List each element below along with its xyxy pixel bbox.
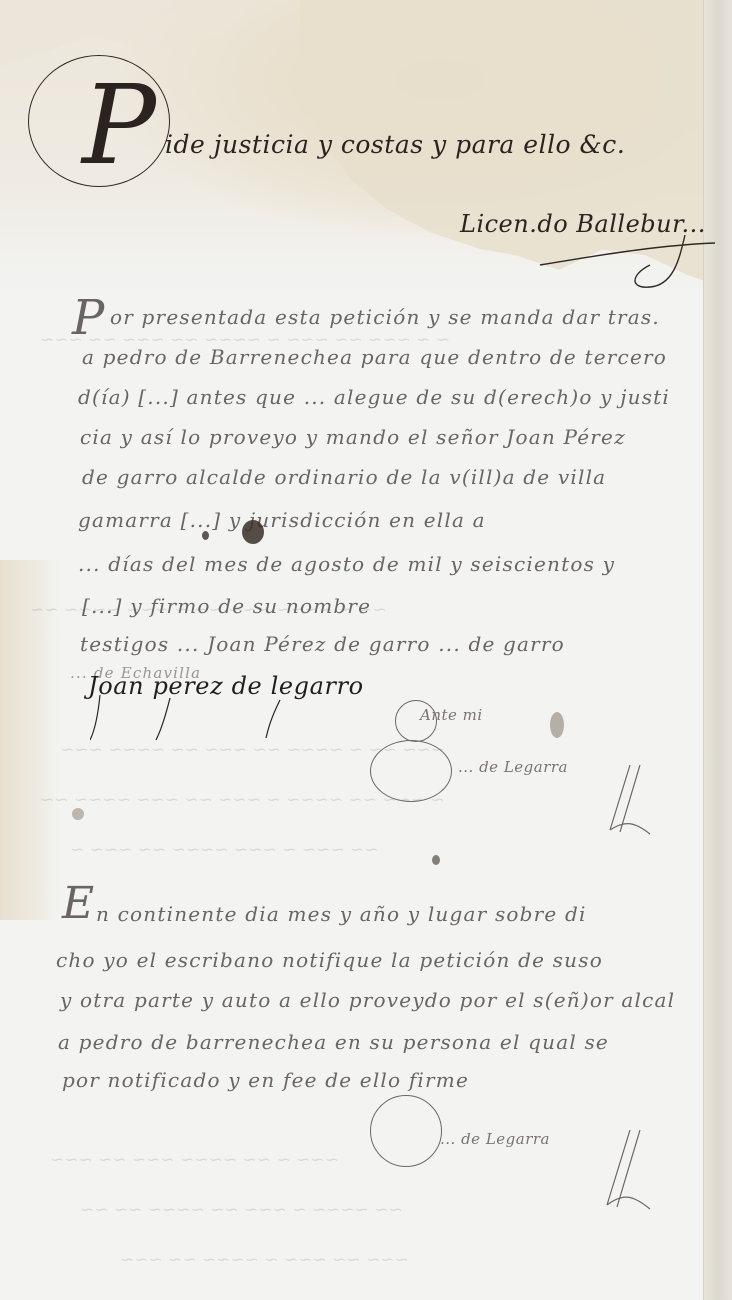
notification-initial: E: [62, 878, 94, 929]
ink-blot: [242, 520, 264, 544]
signature-descenders: [90, 690, 290, 745]
decree-line: d(ía) [...] antes que ... alegue de su d…: [78, 385, 670, 409]
signature-notary-1: ... de Legarra: [458, 758, 568, 776]
ink-blot: [202, 531, 209, 540]
signature-rubric: [480, 225, 720, 295]
decree-line: or presentada esta petición y se manda d…: [110, 305, 660, 329]
decree-initial: P: [72, 290, 104, 346]
decree-line: cia y así lo proveyo y mando el señor Jo…: [80, 425, 626, 449]
decree-line: a pedro de Barrenechea para que dentro d…: [82, 345, 667, 369]
heading-initial: P: [82, 70, 156, 180]
decree-line: ... días del mes de agosto de mil y seis…: [78, 552, 615, 576]
notary-flourish: [370, 1095, 442, 1167]
decree-line: gamarra [...] y jurisdicción en ella a: [78, 508, 486, 532]
bleed-through-text: ~~~ ~~ ~~~ ~ ~~~~ ~~ ~~~: [120, 1250, 409, 1270]
ink-blot: [432, 855, 440, 865]
manuscript-page: ~ ~ ~~~ ~~ ~~~ ~ ~~~~ ~~ ~~~ ~~ ~~~ ~~ ~…: [0, 0, 732, 1300]
ink-blot: [550, 712, 564, 738]
decree-line: [...] y firmo de su nombre: [82, 594, 371, 618]
bleed-through-text: ~~~ ~ ~~ ~~~~ ~~~ ~~ ~~~: [50, 1150, 339, 1170]
signature-notary-2: ... de Legarra: [440, 1130, 550, 1148]
notary-flourish: [370, 740, 452, 802]
decree-line: de garro alcalde ordinario de la v(ill)a…: [82, 465, 606, 489]
ink-blot: [72, 808, 84, 820]
page-binding-edge: [703, 0, 732, 1300]
heading-text: ide justicia y costas y para ello &c.: [165, 130, 625, 159]
notification-line: cho yo el escribano notifique la petició…: [56, 948, 603, 972]
decree-line: testigos ... Joan Pérez de garro ... de …: [80, 632, 565, 656]
notary-rubric: [600, 760, 660, 840]
ante-mi-label: Ante mi: [420, 706, 483, 724]
bleed-through-text: ~~ ~~~~ ~ ~~~ ~~ ~~~~ ~~ ~~: [80, 1200, 403, 1220]
notification-line: a pedro de barrenechea en su persona el …: [58, 1030, 609, 1054]
notification-line: por notificado y en fee de ello firme: [62, 1068, 469, 1092]
notification-line: y otra parte y auto a ello proveydo por …: [60, 988, 675, 1012]
notification-line: n continente dia mes y año y lugar sobre…: [96, 902, 587, 926]
bleed-through-text: ~~ ~~~ ~ ~~~ ~~~~ ~~ ~~~ ~: [70, 840, 378, 860]
notary-rubric: [595, 1125, 655, 1215]
